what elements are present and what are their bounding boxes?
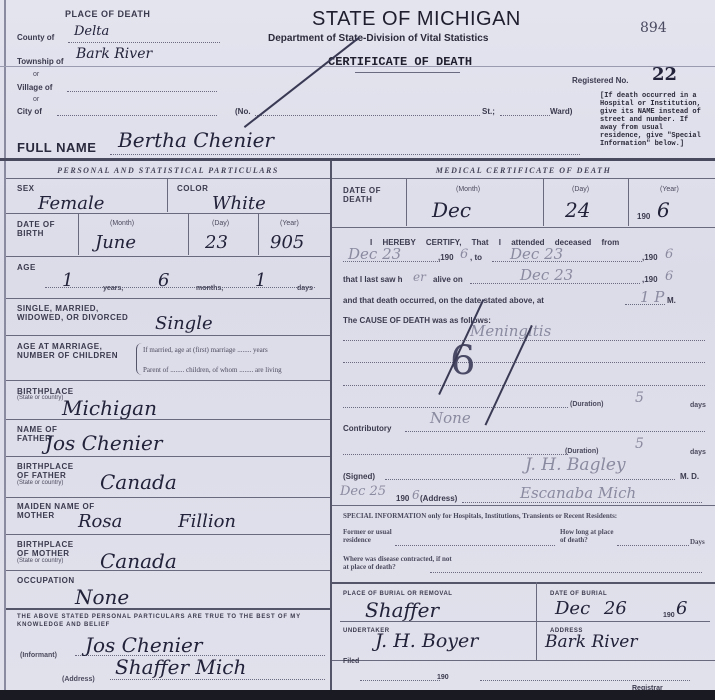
rule [6,419,330,420]
medical-heading: MEDICAL CERTIFICATE OF DEATH [332,166,715,175]
dob-day-label: (Day) [212,220,229,227]
attended-from: Dec 23 [348,245,401,263]
dob-label: DATE OF BIRTH [17,220,72,238]
dod-day: 24 [565,198,590,222]
rule [167,178,168,212]
dod-month: Dec [432,198,471,222]
dob-year: 905 [270,232,304,253]
ward-field [500,106,550,116]
duration-label: (Duration) [565,448,598,455]
rule [6,608,330,610]
cause-value: Meningitis [470,322,551,340]
rule [332,227,715,228]
m-label: M. [667,296,676,305]
contributory-label: Contributory [343,424,391,433]
color-value: White [212,193,266,214]
left-border [4,0,6,690]
dob-month-label: (Month) [110,220,134,227]
rule [332,505,715,506]
full-name-label: FULL NAME [17,140,96,155]
place-of-death-heading: PLACE OF DEATH [65,10,150,19]
city-field [57,106,217,116]
dob-day: 23 [205,232,228,253]
father-value: Jos Chenier [45,431,162,455]
rule [332,660,715,661]
or-text: or [33,96,39,103]
brace [136,343,143,375]
year-prefix: 190 [396,494,409,503]
age-years-label: years, [103,285,123,292]
undertaker-address-value: Bark River [545,632,638,652]
sex-value: Female [38,193,104,214]
duration-value: 5 [635,436,644,452]
county-value: Delta [74,24,109,39]
registrar-signature-field [480,680,690,681]
state-title: STATE OF MICHIGAN [312,8,521,31]
registered-no-label: Registered No. [572,76,628,85]
color-label: COLOR [177,184,208,193]
rule [188,213,189,255]
rule [628,178,629,226]
county-field: Delta [68,30,220,43]
rule [6,335,330,336]
year-value: 6 [460,247,468,262]
age-field [45,287,315,288]
rule [6,380,330,381]
signed-date: Dec 25 [340,484,386,499]
dod-day-label: (Day) [572,186,589,193]
year-value: 6 [665,247,673,262]
department-title: Department of State-Division of Vital St… [268,33,488,44]
dod-label: DATE OF DEATH [343,186,393,204]
mother-value: Rosa Fillion [78,511,236,532]
city-label: City of [17,107,42,116]
duration-line [343,407,568,408]
father-birthplace-value: Canada [100,470,177,494]
last-saw-label: that I last saw h [343,275,403,284]
mother-birthplace-label: BIRTHPLACE OF MOTHER [17,540,77,558]
contributory-field [405,431,705,432]
signed-value: J. H. Bagley [525,455,626,475]
filed-label: Filed [343,658,359,665]
street-number-label: (No. [235,107,251,116]
year-value: 6 [665,269,673,284]
father-birthplace-sublabel: (State or country) [17,480,63,486]
birthplace-sublabel: (State or country) [17,395,63,401]
informant-address-value: Shaffer Mich [115,655,246,679]
header-rule [0,66,715,67]
age-days-label: days [297,285,313,292]
rule [6,256,330,257]
sex-label: SEX [17,184,35,193]
rule [6,178,330,179]
informant-address-label: (Address) [62,676,95,683]
death-time-text: and that death occurred, on the date sta… [343,296,544,305]
last-saw-date: Dec 23 [520,266,573,284]
title-underline [355,72,460,73]
county-label: County of [17,33,54,42]
children-line: Parent of ........ children, of whom ...… [143,366,282,374]
undertaker-value: J. H. Boyer [375,630,478,652]
father-birthplace-label: BIRTHPLACE OF FATHER [17,462,77,480]
rule [78,213,79,255]
death-time: 1 P [640,288,664,306]
township-label: Township of [17,57,64,66]
md-label: M. D. [680,472,699,481]
informant-value: Jos Chenier [85,633,202,657]
age-label: AGE [17,263,36,272]
duration-value: 5 [635,390,644,406]
informant-label: (Informant) [20,652,57,659]
year-prefix: ,190 [642,275,658,284]
personal-heading: PERSONAL AND STATISTICAL PARTICULARS [6,166,330,175]
cause-line [343,362,705,363]
rule [6,213,330,214]
days-label: Days [690,538,705,546]
registrar-label: Registrar [632,685,663,690]
year-prefix: ,190 [642,253,658,262]
burial-date-value: Dec 26 [555,598,627,619]
year-prefix: ,190 [438,253,454,262]
how-long-label: How long at place of death? [560,528,620,544]
age-years: 1 [62,270,73,291]
rule [6,570,330,571]
marital-label: SINGLE, MARRIED, WIDOWED, OR DIVORCED [17,304,137,322]
column-divider [330,161,332,690]
marriage-age-line: If married, age at (first) marriage ....… [143,346,268,354]
contracted-label: Where was disease contracted, if not at … [343,555,453,571]
street-field [255,106,480,116]
dob-year-label: (Year) [280,220,299,227]
rule [6,534,330,535]
village-label: Village of [17,83,52,92]
rule [332,582,715,584]
birthplace-value: Michigan [62,396,157,420]
rule [406,178,407,226]
township-value: Bark River [76,46,152,62]
physician-address-label: (Address) [420,494,457,503]
filed-date-field [360,680,440,681]
occupation-value: None [75,585,129,609]
age-months: 6 [158,270,169,291]
rule [6,497,330,498]
dod-year-prefix: 190 [637,212,650,221]
attended-to: Dec 23 [510,245,563,263]
alive-on-label: alive on [433,275,463,284]
signed-field [385,479,675,480]
age-months-label: months, [196,285,223,292]
special-info-label: SPECIAL INFORMATION only for Hospitals, … [343,512,617,520]
attestation-text: THE ABOVE STATED PERSONAL PARTICULARS AR… [17,613,322,629]
marital-value: Single [155,313,213,334]
year-prefix: 190 [437,674,449,681]
street-label: St.; [482,107,495,116]
full-name-value: Bertha Chenier [118,128,274,152]
full-name-field: Bertha Chenier [110,144,580,155]
occupation-label: OCCUPATION [17,576,75,585]
year-prefix: 190 [663,612,675,619]
rule [6,298,330,299]
file-number: 894 [640,20,667,36]
how-long-field [617,545,689,546]
former-residence-label: Former or usual residence [343,528,403,544]
dod-month-label: (Month) [456,186,480,193]
days-label: days [690,449,706,456]
physician-address-field [462,502,702,503]
death-certificate: PLACE OF DEATH STATE OF MICHIGAN Departm… [0,0,715,690]
institution-note: [If death occurred in a Hospital or Inst… [600,92,708,148]
burial-year: 6 [676,598,687,619]
duration-label: (Duration) [570,401,603,408]
ward-label: Ward) [550,107,572,116]
rule [6,456,330,457]
rule [340,621,710,622]
last-saw-pronoun: er [413,270,426,284]
rule [543,178,544,226]
rule [332,178,715,179]
cause-label: The CAUSE OF DEATH was as follows: [343,316,491,325]
to-label: , to [470,253,482,262]
physician-address-value: Escanaba Mich [520,484,636,502]
former-residence-field [395,545,555,546]
age-days: 1 [255,270,266,291]
registered-no: 22 [652,64,677,85]
contracted-field [430,572,702,573]
year-value: 6 [412,488,420,502]
days-label: days [690,402,706,409]
cause-line [343,385,705,386]
rule [258,213,259,255]
signed-label: (Signed) [343,472,375,481]
section-divider [0,158,715,161]
dob-month: June [95,232,136,253]
dod-year: 6 [657,198,670,222]
informant-address-field [110,679,325,680]
marriage-label: AGE AT MARRIAGE, NUMBER OF CHILDREN [17,342,127,360]
village-field [67,82,217,92]
or-text: or [33,71,39,78]
mother-birthplace-sublabel: (State or country) [17,558,63,564]
contributory-value: None [430,409,471,427]
dod-year-label: (Year) [660,186,679,193]
burial-place-value: Shaffer [365,598,439,622]
